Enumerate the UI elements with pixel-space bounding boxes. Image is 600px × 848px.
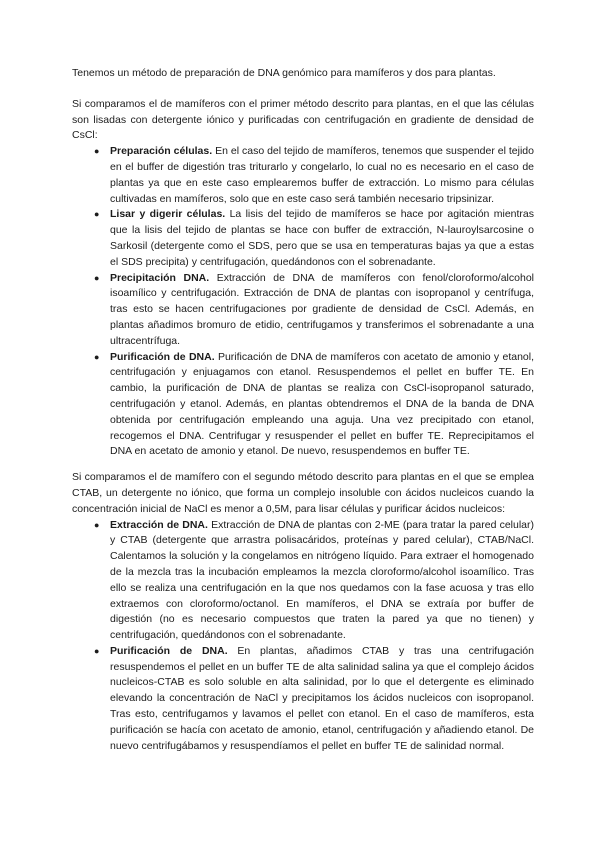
bullet-text: Extracción de DNA de plantas con 2-ME (p… [110, 519, 534, 642]
document-page: Tenemos un método de preparación de DNA … [0, 0, 600, 848]
bullet-text: En plantas, añadimos CTAB y tras una cen… [110, 645, 534, 752]
bullet-item-purificacion-dna-2: ● Purificación de DNA.En plantas, añadim… [110, 644, 534, 755]
bullet-title: Purificación de DNA. [110, 645, 237, 657]
bullet-item-purificacion-dna-1: ● Purificación de DNA.Purificación de DN… [110, 350, 534, 461]
section-1-bullet-list: ● Preparación células.En el caso del tej… [72, 144, 534, 460]
bullet-icon: ● [94, 644, 99, 660]
intro-paragraph: Tenemos un método de preparación de DNA … [72, 66, 534, 82]
bullet-icon: ● [94, 271, 99, 287]
bullet-item-lisar-digerir: ● Lisar y digerir células.La lisis del t… [110, 207, 534, 270]
bullet-title: Purificación de DNA. [110, 351, 218, 363]
bullet-title: Lisar y digerir células. [110, 208, 230, 220]
bullet-item-extraccion-dna: ● Extracción de DNA.Extracción de DNA de… [110, 518, 534, 644]
bullet-item-precipitacion-dna: ● Precipitación DNA.Extracción de DNA de… [110, 271, 534, 350]
section-2-lead: Si comparamos el de mamífero con el segu… [72, 470, 534, 517]
bullet-icon: ● [94, 350, 99, 366]
bullet-title: Precipitación DNA. [110, 272, 217, 284]
bullet-title: Preparación células. [110, 145, 215, 157]
section-1-lead: Si comparamos el de mamíferos con el pri… [72, 97, 534, 144]
bullet-icon: ● [94, 518, 99, 534]
bullet-item-preparacion-celulas: ● Preparación células.En el caso del tej… [110, 144, 534, 207]
bullet-text: Purificación de DNA de mamíferos con ace… [110, 351, 534, 458]
bullet-title: Extracción de DNA. [110, 519, 211, 531]
bullet-icon: ● [94, 144, 99, 160]
section-2-bullet-list: ● Extracción de DNA.Extracción de DNA de… [72, 518, 534, 755]
bullet-icon: ● [94, 207, 99, 223]
